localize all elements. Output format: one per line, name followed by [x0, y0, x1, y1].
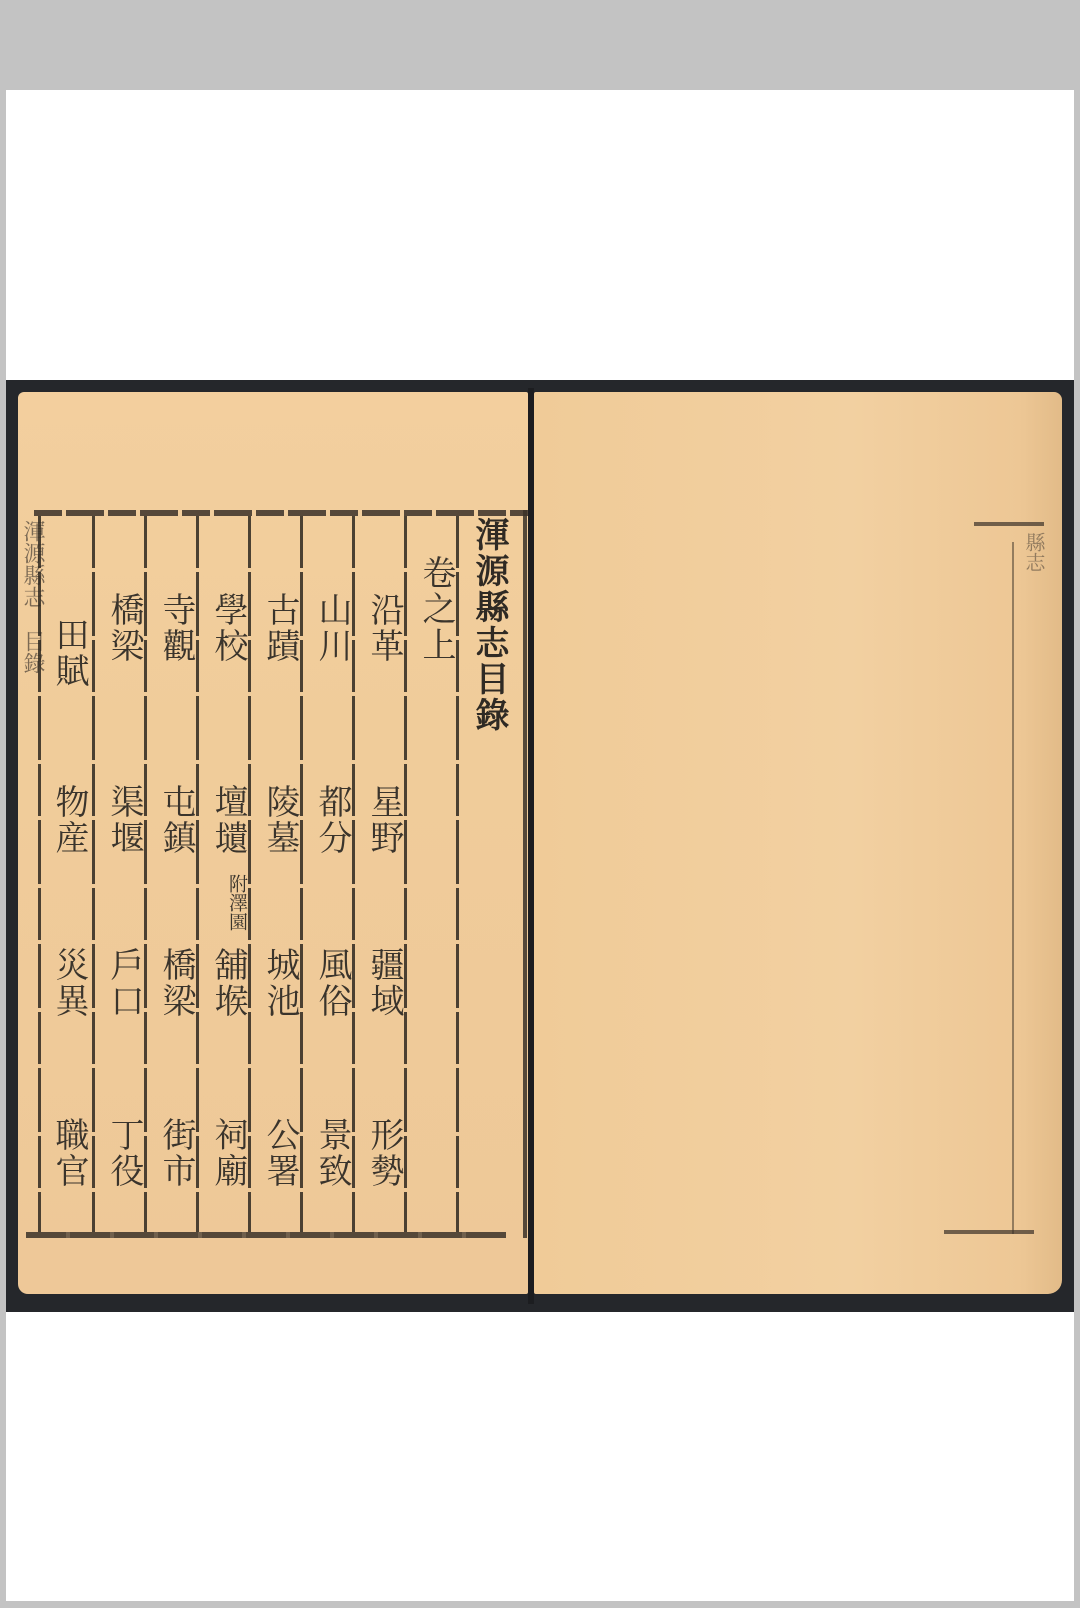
toc-entry[interactable]: 壇壝	[205, 784, 251, 856]
toc-entry[interactable]: 街市	[153, 1117, 199, 1189]
viewer-canvas: 渾源縣志 目錄 渾源縣志目錄 卷之上 沿革 星野 疆域 形勢 山川	[6, 90, 1074, 1601]
toc-entry[interactable]: 形勢	[361, 1117, 407, 1189]
toc-entry[interactable]: 橋梁	[101, 592, 147, 664]
toc-entry[interactable]: 渠堰	[101, 784, 147, 856]
toc-entry-note: 附澤園	[204, 874, 248, 934]
toc-entry[interactable]: 都分	[309, 784, 355, 856]
toc-entry[interactable]: 陵墓	[257, 784, 303, 856]
edge-text: 縣志	[1020, 532, 1049, 572]
toc-entry[interactable]: 星野	[361, 784, 407, 856]
frame-left-border	[1012, 542, 1014, 1234]
toc-entry[interactable]: 物産	[46, 784, 92, 856]
toc-entry[interactable]: 屯鎮	[153, 784, 199, 856]
book-title: 渾源縣志目錄	[466, 517, 512, 733]
toc-entry[interactable]: 學校	[205, 592, 251, 664]
viewer-top-bar	[0, 0, 1080, 90]
toc-entry[interactable]: 公署	[257, 1117, 303, 1189]
frame-top-border	[34, 510, 534, 516]
toc-entry[interactable]: 古蹟	[257, 592, 303, 664]
toc-entry[interactable]: 田賦	[46, 617, 92, 689]
volume-label: 卷之上	[413, 555, 459, 663]
toc-entry[interactable]: 祠廟	[205, 1117, 251, 1189]
right-page: 縣志	[534, 392, 1062, 1294]
book-scan-image: 渾源縣志 目錄 渾源縣志目錄 卷之上 沿革 星野 疆域 形勢 山川	[6, 380, 1074, 1312]
toc-entry[interactable]: 景致	[309, 1117, 355, 1189]
toc-entry[interactable]: 丁役	[101, 1117, 147, 1189]
column-rule	[92, 516, 95, 1232]
toc-entry[interactable]: 山川	[309, 592, 355, 664]
toc-entry[interactable]: 疆域	[361, 947, 407, 1019]
frame-top-border	[974, 522, 1044, 526]
toc-entry[interactable]: 城池	[257, 947, 303, 1019]
toc-entry[interactable]: 職官	[46, 1117, 92, 1189]
frame-bottom-border	[26, 1232, 506, 1238]
left-page: 渾源縣志 目錄 渾源縣志目錄 卷之上 沿革 星野 疆域 形勢 山川	[18, 392, 528, 1294]
toc-entry[interactable]: 沿革	[361, 592, 407, 664]
toc-entry[interactable]: 舖堠	[205, 947, 251, 1019]
toc-entry[interactable]: 戶口	[101, 947, 147, 1019]
toc-entry[interactable]: 災異	[46, 947, 92, 1019]
column-rule	[38, 516, 41, 1232]
frame-bottom-border	[944, 1230, 1034, 1234]
toc-entry[interactable]: 橋梁	[153, 947, 199, 1019]
toc-entry[interactable]: 風俗	[309, 947, 355, 1019]
frame-right-border	[523, 510, 527, 1238]
toc-entry[interactable]: 寺觀	[153, 592, 199, 664]
